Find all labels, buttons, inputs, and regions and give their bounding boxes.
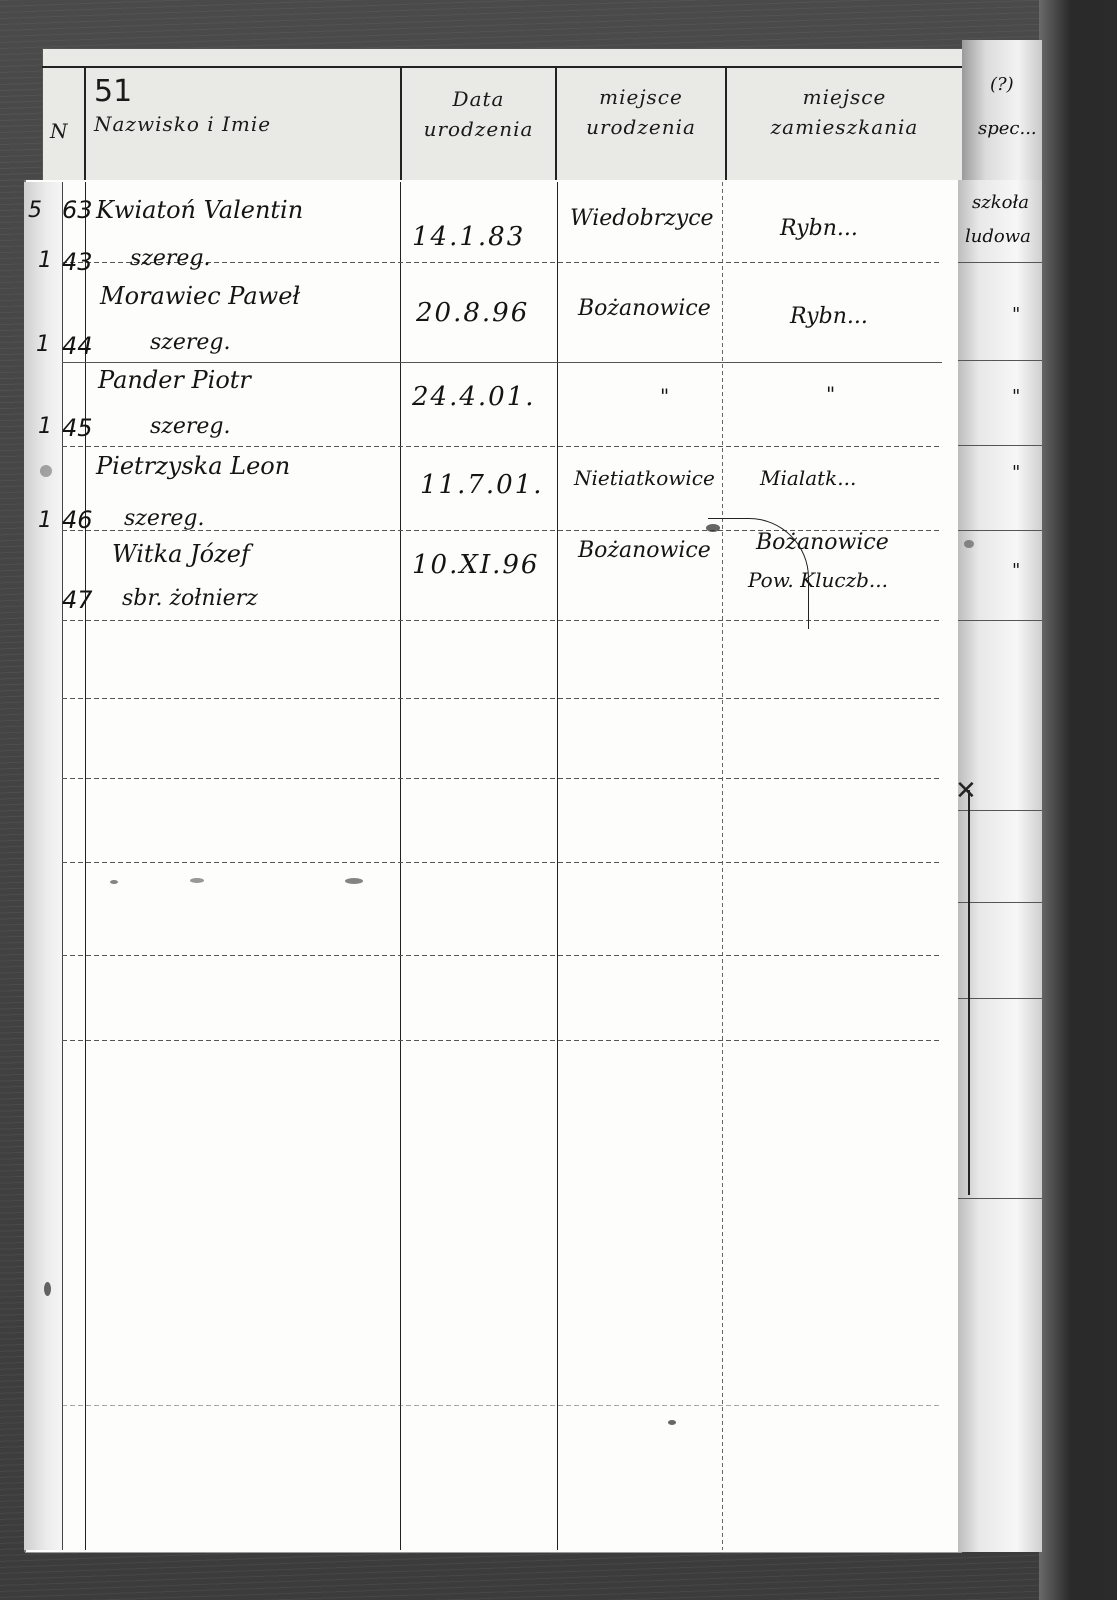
- margin-mark: 5: [28, 198, 42, 223]
- entry-birth-place: Bożanowice: [578, 296, 711, 321]
- header-residence: miejsce zamieszkania: [727, 68, 962, 180]
- left-margin-strip: [24, 182, 62, 1550]
- entry-number: 63: [62, 196, 93, 224]
- entry-sub-number: 43: [62, 248, 93, 276]
- margin-mark: 1: [38, 508, 52, 533]
- side-header-line2: spec...: [978, 118, 1037, 139]
- ink-speckle: [345, 878, 363, 884]
- header-birth-place: miejsce urodzenia: [557, 68, 727, 180]
- entry-birth-date: 10.XI.96: [412, 550, 539, 580]
- header-name: 51 Nazwisko i Imie: [86, 68, 402, 180]
- entry-rank: szereg.: [150, 414, 231, 439]
- header-name-label: Nazwisko i Imie: [94, 109, 392, 139]
- ink-blot: [40, 465, 52, 477]
- row-rule: [62, 362, 942, 363]
- header-birth-date-line2: urodzenia: [410, 114, 547, 144]
- cross-mark: ✕: [955, 776, 977, 806]
- entry-name: Pander Piotr: [98, 366, 251, 394]
- entry-number: 45: [62, 414, 93, 442]
- row-rule: [62, 862, 942, 863]
- side-column-text-line2: ludowa: [965, 226, 1031, 247]
- column-rule-number: [85, 182, 86, 1550]
- row-rule: [62, 955, 942, 956]
- entry-name: Kwiatoń Valentin: [96, 196, 303, 224]
- entry-birth-place: Nietiatkowice: [574, 466, 715, 490]
- entry-birth-place: Bożanowice: [578, 538, 711, 563]
- header-residence-line2: zamieszkania: [735, 112, 954, 142]
- ink-speckle: [668, 1420, 676, 1425]
- side-ditto-mark: ": [1012, 304, 1020, 325]
- ink-blot: [706, 524, 720, 532]
- entry-rank: szereg.: [150, 330, 231, 355]
- ink-speckle: [44, 1282, 51, 1296]
- header-number: N: [42, 68, 86, 180]
- entry-residence: Mialatk...: [760, 466, 856, 490]
- entry-rank: sbr. żołnierz: [122, 586, 258, 611]
- side-rule: [958, 262, 1042, 263]
- side-rule: [958, 810, 1042, 811]
- page-number: 51: [94, 74, 132, 109]
- side-column-header: (?) spec...: [968, 66, 1040, 178]
- entry-number: 47: [62, 586, 93, 614]
- row-rule: [62, 698, 942, 699]
- table-header: N 51 Nazwisko i Imie Data urodzenia miej…: [42, 66, 962, 182]
- side-header-line1: (?): [990, 74, 1014, 95]
- entry-birth-place: Wiedobrzyce: [570, 206, 714, 231]
- header-birth-place-line1: miejsce: [565, 82, 717, 112]
- entry-number: 46: [62, 506, 93, 534]
- header-birth-date: Data urodzenia: [402, 68, 557, 180]
- ink-blot: [964, 540, 974, 548]
- entry-birth-date: 14.1.83: [412, 222, 525, 252]
- margin-mark: 1: [38, 414, 52, 439]
- side-rule: [958, 360, 1042, 361]
- row-rule: [62, 1405, 942, 1406]
- entry-residence: Rybn...: [780, 216, 858, 241]
- ink-speckle: [110, 880, 118, 884]
- side-ditto-mark: ": [1012, 386, 1020, 407]
- column-rule-name: [400, 182, 401, 1550]
- column-rule-margin: [62, 182, 63, 1550]
- side-column: [958, 180, 1042, 1552]
- column-rule-date: [557, 182, 558, 1550]
- entry-residence: Rybn...: [790, 304, 868, 329]
- row-rule: [62, 620, 942, 621]
- entry-birth-place-ditto: ": [660, 384, 669, 408]
- entry-name: Pietrzyska Leon: [96, 452, 290, 480]
- row-rule: [62, 778, 942, 779]
- entry-name: Witka Józef: [112, 540, 250, 568]
- header-number-label: N: [50, 116, 76, 146]
- entry-rank: szereg.: [130, 246, 211, 271]
- entry-birth-date: 11.7.01.: [420, 470, 544, 500]
- side-rule: [958, 902, 1042, 903]
- side-column-text-line1: szkoła: [972, 192, 1029, 213]
- margin-mark: 1: [38, 248, 52, 273]
- entry-residence-ditto: ": [826, 382, 835, 406]
- side-rule: [958, 998, 1042, 999]
- side-rule: [958, 530, 1042, 531]
- scan-edge-shadow: [1039, 0, 1117, 1600]
- entry-name: Morawiec Paweł: [100, 282, 300, 310]
- side-ditto-mark: ": [1012, 462, 1020, 483]
- side-rule: [958, 1198, 1042, 1199]
- side-rule: [958, 620, 1042, 621]
- side-ditto-mark: ": [1012, 560, 1020, 581]
- column-rule-birth-place: [722, 182, 723, 1550]
- entry-birth-date: 20.8.96: [416, 298, 529, 328]
- ink-speckle: [190, 878, 204, 883]
- row-rule: [62, 446, 942, 447]
- header-birth-date-line1: Data: [410, 84, 547, 114]
- row-rule: [62, 1040, 942, 1041]
- entry-birth-date: 24.4.01.: [412, 382, 536, 412]
- margin-mark: 1: [36, 332, 50, 357]
- vertical-ink-rule: [968, 790, 970, 1195]
- side-rule: [958, 445, 1042, 446]
- entry-rank: szereg.: [124, 506, 205, 531]
- header-birth-place-line2: urodzenia: [565, 112, 717, 142]
- header-residence-line1: miejsce: [735, 82, 954, 112]
- entry-number: 44: [62, 332, 93, 360]
